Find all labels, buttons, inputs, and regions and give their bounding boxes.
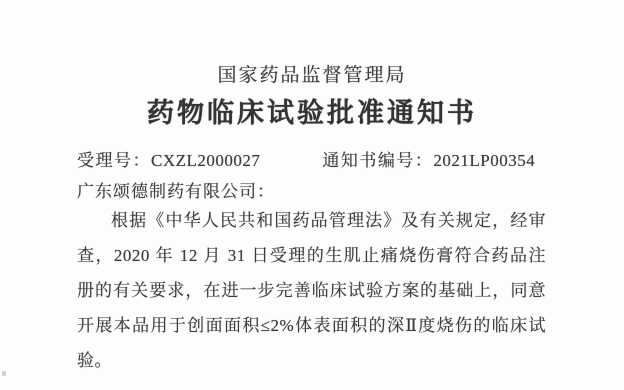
body-paragraph: 根据《中华人民共和国药品管理法》及有关规定，经审 查，2020 年 12 月 3… (77, 203, 546, 378)
body-line: 开展本品用于创面面积≤2%体表面积的深Ⅱ度烧伤的临床试 (77, 308, 546, 343)
recipient-company: 广东颂德制药有限公司： (77, 177, 275, 202)
scan-noise-speck (2, 371, 6, 376)
notice-number-value: 2021LP00354 (433, 151, 535, 170)
body-line: 查，2020 年 12 月 31 日受理的生肌止痛烧伤膏符合药品注 (77, 238, 546, 273)
acceptance-number-label: 受理号： (77, 151, 151, 170)
notice-number-field: 通知书编号：2021LP00354 (322, 146, 535, 171)
body-line: 根据《中华人民共和国药品管理法》及有关规定，经审 (77, 203, 546, 238)
meta-row: 受理号：CXZL2000027 通知书编号：2021LP00354 (77, 146, 546, 171)
issuing-agency: 国家药品监督管理局 (0, 60, 624, 87)
document-page: 国家药品监督管理局 药物临床试验批准通知书 受理号：CXZL2000027 通知… (0, 0, 624, 390)
notice-number-label: 通知书编号： (322, 151, 433, 170)
document-title: 药物临床试验批准通知书 (0, 91, 624, 130)
acceptance-number-field: 受理号：CXZL2000027 (77, 146, 260, 171)
body-line: 册的有关要求，在进一步完善临床试验方案的基础上，同意 (77, 273, 546, 308)
acceptance-number-value: CXZL2000027 (151, 151, 260, 170)
body-line: 验。 (77, 343, 546, 378)
